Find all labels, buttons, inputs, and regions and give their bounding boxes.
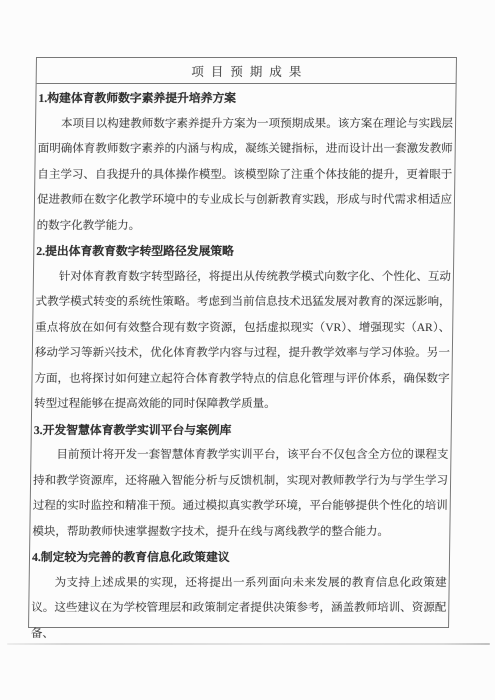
section-transformation-strategy: 2.提出体育教育数字转型路径发展策略 针对体育教育数字转型路径，将提出从传统教学… (34, 239, 451, 418)
section-4-heading: 4.制定较为完善的教育信息化政策建议 (32, 545, 447, 571)
section-4-paragraph: 为支持上述成果的实现，还将提出一系列面向未来发展的教育信息化政策建议。这些建议在… (31, 571, 447, 648)
scanned-document-page: 项目预期成果 1.构建体育教师数字素养提升培养方案 本项目以构建教师数字素养提升… (0, 0, 495, 700)
section-1-heading: 1.构建体育教师数字素养提升培养方案 (38, 86, 453, 112)
section-1-paragraph: 本项目以构建教师数字素养提升方案为一项预期成果。该方案在理论与实践层面明确体育教… (36, 112, 453, 240)
section-smart-platform: 3.开发智慧体育教学实训平台与案例库 目前预计将开发一套智慧体育教学实训平台，该… (32, 418, 449, 546)
table-title: 项目预期成果 (191, 62, 308, 80)
section-3-heading: 3.开发智慧体育教学实训平台与案例库 (34, 418, 449, 444)
expected-outcomes-table: 项目预期成果 1.构建体育教师数字素养提升培养方案 本项目以构建教师数字素养提升… (28, 57, 457, 628)
section-2-paragraph: 针对体育教育数字转型路径，将提出从传统教学模式向数字化、个性化、互动式教学模式转… (34, 265, 451, 418)
table-header-cell: 项目预期成果 (37, 58, 456, 84)
section-2-heading: 2.提出体育教育数字转型路径发展策略 (36, 239, 451, 265)
section-policy-recommendations: 4.制定较为完善的教育信息化政策建议 为支持上述成果的实现，还将提出一系列面向未… (31, 545, 447, 647)
scan-artifact-line (7, 643, 490, 645)
section-training-plan: 1.构建体育教师数字素养提升培养方案 本项目以构建教师数字素养提升方案为一项预期… (36, 86, 453, 239)
section-3-paragraph: 目前预计将开发一套智慧体育教学实训平台，该平台不仅包含全方位的课程支持和教学资源… (32, 443, 448, 545)
table-body-cell: 1.构建体育教师数字素养提升培养方案 本项目以构建教师数字素养提升方案为一项预期… (29, 84, 456, 647)
